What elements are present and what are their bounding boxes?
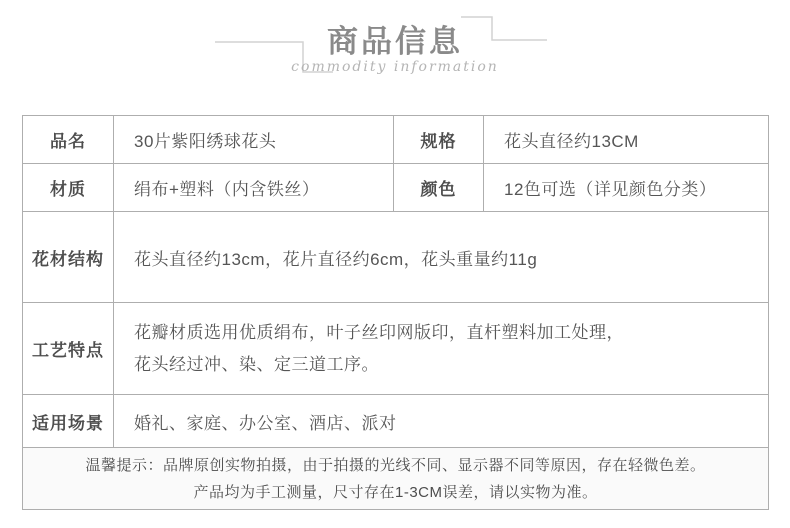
product-info-page: 商品信息 commodity information 品名 30片紫阳绣球花头 … xyxy=(0,0,790,528)
table-row-name-spec: 品名 30片紫阳绣球花头 规格 花头直径约13CM xyxy=(23,116,769,164)
label-product-name: 品名 xyxy=(23,116,114,164)
value-color: 12色可选（详见颜色分类） xyxy=(484,164,769,212)
value-craft: 花瓣材质选用优质绢布，叶子丝印网版印，直杆塑料加工处理， 花头经过冲、染、定三道… xyxy=(114,303,769,395)
label-color: 颜色 xyxy=(394,164,484,212)
page-header: 商品信息 commodity information xyxy=(0,0,790,100)
label-craft: 工艺特点 xyxy=(23,303,114,395)
product-info-table: 品名 30片紫阳绣球花头 规格 花头直径约13CM 材质 绢布+塑料（内含铁丝）… xyxy=(22,115,769,510)
table-row-note: 温馨提示：品牌原创实物拍摄，由于拍摄的光线不同、显示器不同等原因，存在轻微色差。… xyxy=(23,448,769,510)
note-line-1: 温馨提示：品牌原创实物拍摄，由于拍摄的光线不同、显示器不同等原因，存在轻微色差。 xyxy=(23,452,768,479)
craft-line-1: 花瓣材质选用优质绢布，叶子丝印网版印，直杆塑料加工处理， xyxy=(134,317,758,349)
table-row-structure: 花材结构 花头直径约13cm，花片直径约6cm，花头重量约11g xyxy=(23,212,769,303)
label-specification: 规格 xyxy=(394,116,484,164)
note-line-2: 产品均为手工测量，尺寸存在1-3CM误差，请以实物为准。 xyxy=(23,479,768,506)
label-scenes: 适用场景 xyxy=(23,395,114,448)
value-scenes: 婚礼、家庭、办公室、酒店、派对 xyxy=(114,395,769,448)
value-material: 绢布+塑料（内含铁丝） xyxy=(114,164,394,212)
label-material: 材质 xyxy=(23,164,114,212)
table-row-craft: 工艺特点 花瓣材质选用优质绢布，叶子丝印网版印，直杆塑料加工处理， 花头经过冲、… xyxy=(23,303,769,395)
table-row-material-color: 材质 绢布+塑料（内含铁丝） 颜色 12色可选（详见颜色分类） xyxy=(23,164,769,212)
page-title: 商品信息 xyxy=(0,16,790,61)
value-structure: 花头直径约13cm，花片直径约6cm，花头重量约11g xyxy=(114,212,769,303)
page-subtitle: commodity information xyxy=(0,59,790,75)
craft-line-2: 花头经过冲、染、定三道工序。 xyxy=(134,349,758,381)
label-structure: 花材结构 xyxy=(23,212,114,303)
value-specification: 花头直径约13CM xyxy=(484,116,769,164)
value-product-name: 30片紫阳绣球花头 xyxy=(114,116,394,164)
table-row-scenes: 适用场景 婚礼、家庭、办公室、酒店、派对 xyxy=(23,395,769,448)
warm-tips-note: 温馨提示：品牌原创实物拍摄，由于拍摄的光线不同、显示器不同等原因，存在轻微色差。… xyxy=(23,448,769,510)
